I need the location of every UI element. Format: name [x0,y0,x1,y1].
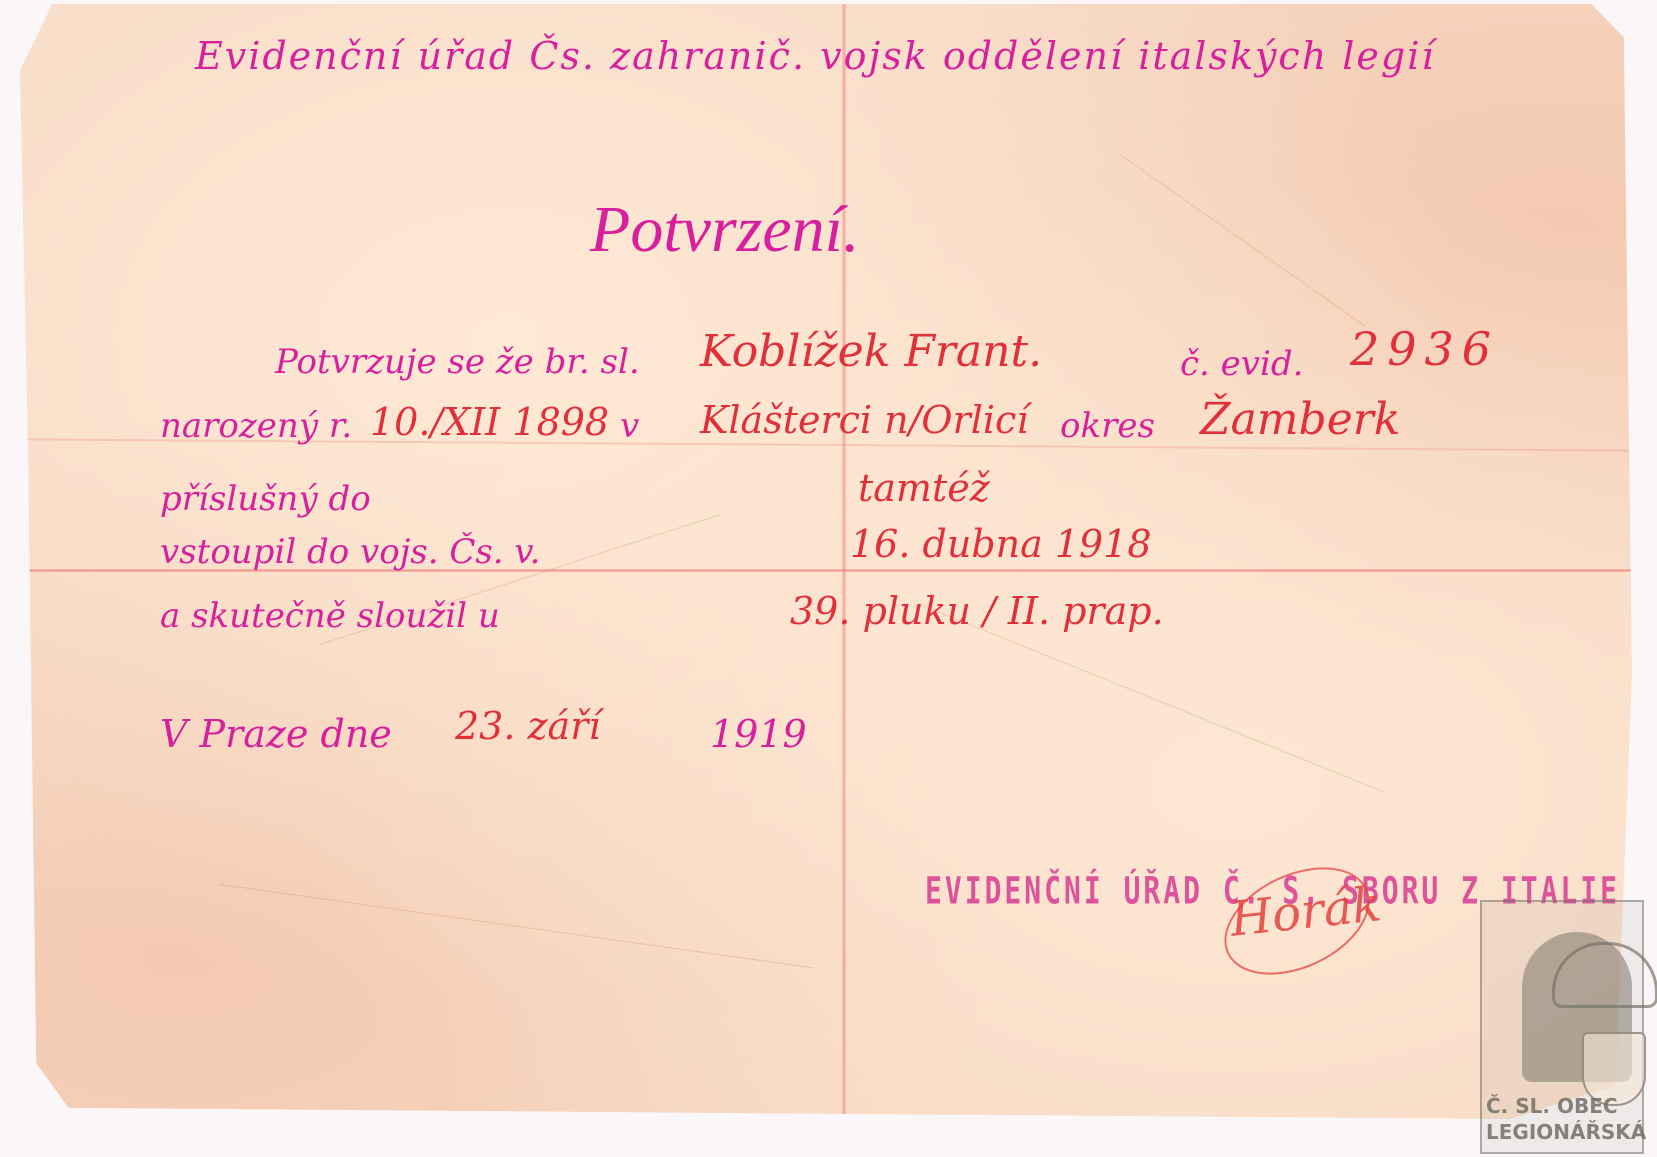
entered-label: vstoupil do vojs. Čs. v. [160,532,540,572]
born-place-prefix: v [620,406,639,446]
belongs-label: příslušný do [160,479,371,519]
year: 1919 [710,712,807,756]
entered-value: 16. dubna 1918 [850,522,1152,566]
document-title: Potvrzení. [590,192,859,268]
born-place: Klášterci n/Orlicí [700,398,1028,442]
evid-number: 2936 [1350,322,1499,376]
vertical-fold-line [842,4,846,1119]
intro-label: Potvrzuje se že br. sl. [275,342,640,382]
helmet-icon [1552,942,1657,1008]
watermark-line-2: LEGIONÁŘSKÁ [1486,1120,1646,1144]
soldier-name: Koblížek Frant. [700,326,1042,377]
soldier-emblem-icon [1522,932,1632,1082]
belongs-value: tamtéž [858,466,990,510]
served-label: a skutečně sloužil u [160,596,500,636]
born-date: 10./XII 1898 [370,400,609,444]
place-date-value: 23. září [455,704,601,748]
document-header: Evidenční úřad Čs. zahranič. vojsk odděl… [195,34,1436,78]
legion-watermark-logo: Č. SL. OBEC LEGIONÁŘSKÁ [1480,900,1644,1154]
crease [1120,154,1366,327]
district-label: okres [1060,406,1155,446]
born-label: narozený r. [160,406,352,446]
served-value: 39. pluku / II. prap. [790,589,1164,633]
watermark-line-1: Č. SL. OBEC [1486,1094,1618,1118]
document-paper: Evidenční úřad Čs. zahranič. vojsk odděl… [20,4,1640,1119]
evid-label: č. evid. [1180,344,1303,384]
crease [220,884,814,968]
place-date-label: V Praze dne [160,712,392,756]
district-value: Žamberk [1200,394,1400,445]
